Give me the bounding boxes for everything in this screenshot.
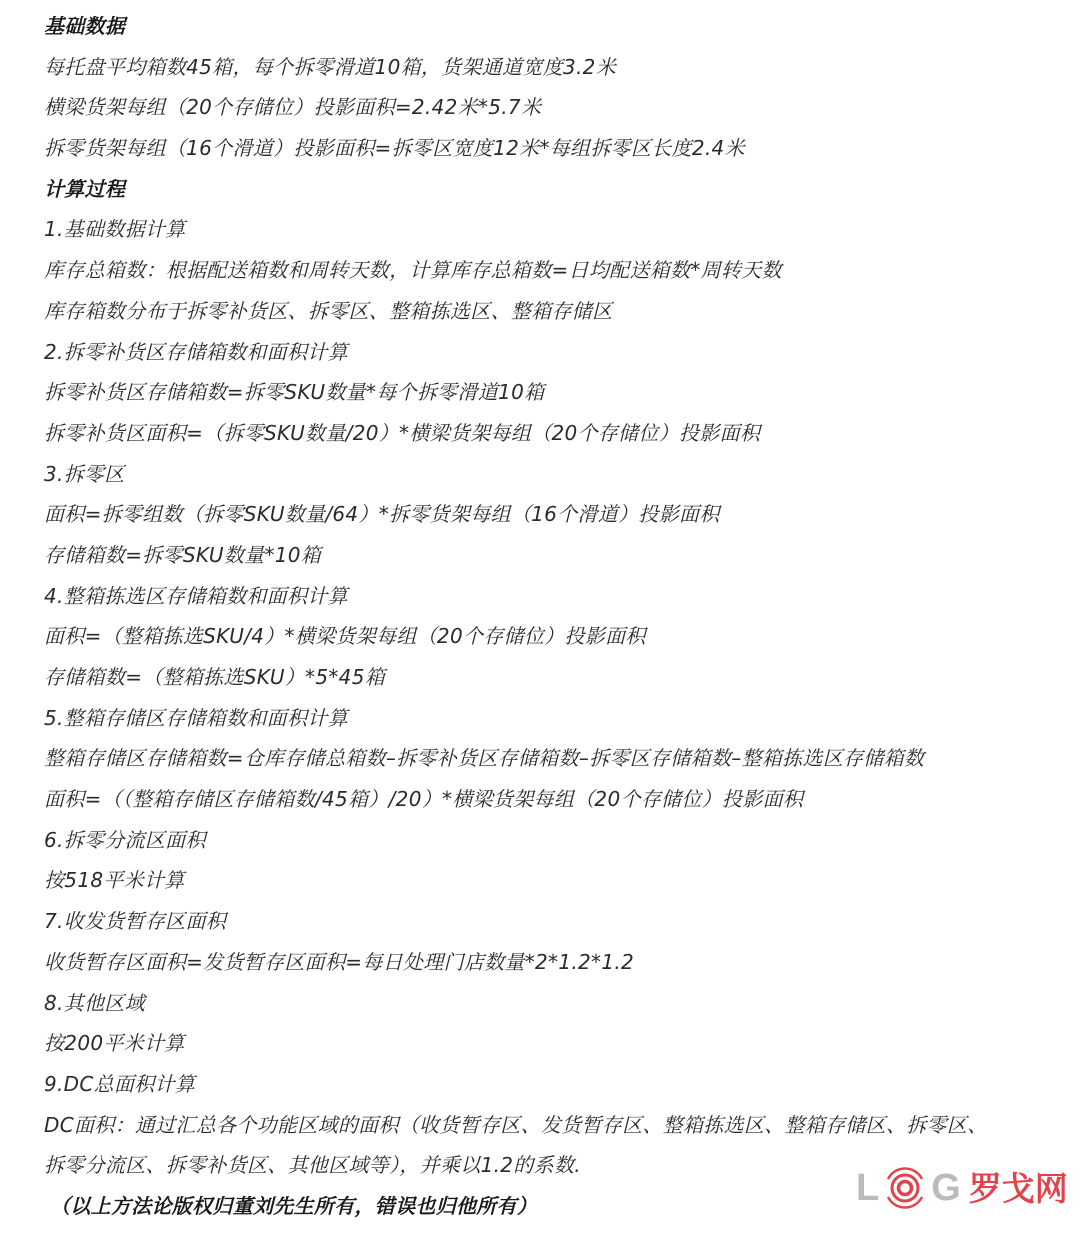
text-line: 收货暂存区面积=发货暂存区面积=每日处理门店数量*2*1.2*1.2 — [44, 942, 1064, 983]
step-title: 3.拆零区 — [44, 454, 1064, 495]
step-title: 7.收发货暂存区面积 — [44, 901, 1064, 942]
text-line: 每托盘平均箱数45箱，每个拆零滑道10箱，货架通道宽度3.2米 — [44, 47, 1064, 88]
logo-letter-g: G — [931, 1169, 961, 1207]
step-title: 4.整箱拣选区存储箱数和面积计算 — [44, 576, 1064, 617]
text-line: 整箱存储区存储箱数=仓库存储总箱数–拆零补货区存储箱数–拆零区存储箱数–整箱拣选… — [44, 738, 1064, 779]
text-line: 库存箱数分布于拆零补货区、拆零区、整箱拣选区、整箱存储区 — [44, 291, 1064, 332]
step-title: 8.其他区域 — [44, 983, 1064, 1024]
watermark-logo: L G 罗戈网 — [856, 1160, 1068, 1216]
section-heading-calculation: 计算过程 — [44, 169, 1064, 210]
step-title: 9.DC总面积计算 — [44, 1064, 1064, 1105]
logo-letter-l: L — [856, 1169, 879, 1207]
step-title: 6.拆零分流区面积 — [44, 820, 1064, 861]
step-title: 1.基础数据计算 — [44, 209, 1064, 250]
text-line: 存储箱数=（整箱拣选SKU）*5*45箱 — [44, 657, 1064, 698]
text-line: 面积=（（整箱存储区存储箱数/45箱）/20）*横梁货架每组（20个存储位）投影… — [44, 779, 1064, 820]
text-line: 库存总箱数：根据配送箱数和周转天数，计算库存总箱数=日均配送箱数*周转天数 — [44, 250, 1064, 291]
document-body: 基础数据 每托盘平均箱数45箱，每个拆零滑道10箱，货架通道宽度3.2米 横梁货… — [44, 6, 1064, 1227]
text-line: 面积=拆零组数（拆零SKU数量/64）*拆零货架每组（16个滑道）投影面积 — [44, 494, 1064, 535]
section-heading-basic-data: 基础数据 — [44, 6, 1064, 47]
step-title: 5.整箱存储区存储箱数和面积计算 — [44, 698, 1064, 739]
text-line: DC面积：通过汇总各个功能区域的面积（收货暂存区、发货暂存区、整箱拣选区、整箱存… — [44, 1105, 1064, 1146]
step-title: 2.拆零补货区存储箱数和面积计算 — [44, 332, 1064, 373]
text-line: 按518平米计算 — [44, 860, 1064, 901]
target-rings-icon — [882, 1165, 928, 1211]
text-line: 存储箱数=拆零SKU数量*10箱 — [44, 535, 1064, 576]
text-line: 拆零补货区存储箱数=拆零SKU数量*每个拆零滑道10箱 — [44, 372, 1064, 413]
text-line: 横梁货架每组（20个存储位）投影面积=2.42米*5.7米 — [44, 87, 1064, 128]
text-line: 拆零货架每组（16个滑道）投影面积=拆零区宽度12米*每组拆零区长度2.4米 — [44, 128, 1064, 169]
text-line: 面积=（整箱拣选SKU/4）*横梁货架每组（20个存储位）投影面积 — [44, 616, 1064, 657]
logo-chinese-text: 罗戈网 — [969, 1172, 1068, 1205]
text-line: 拆零补货区面积=（拆零SKU数量/20）*横梁货架每组（20个存储位）投影面积 — [44, 413, 1064, 454]
text-line: 按200平米计算 — [44, 1023, 1064, 1064]
